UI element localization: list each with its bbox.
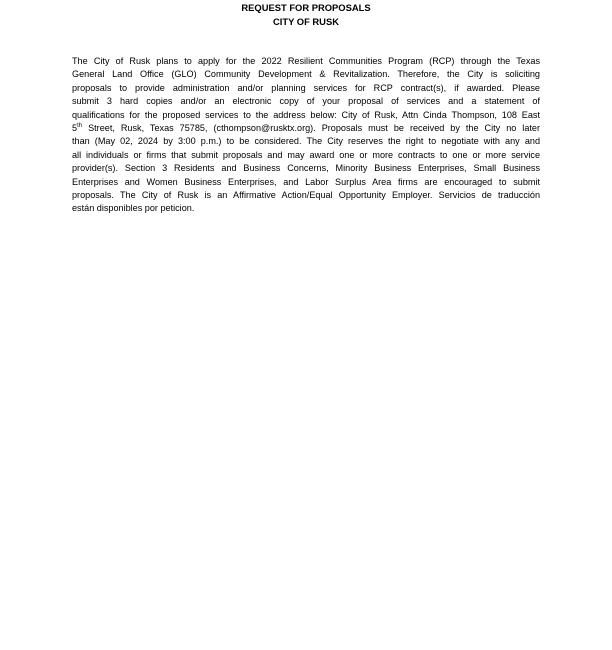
title-request-for-proposals: REQUEST FOR PROPOSALS bbox=[0, 1, 612, 15]
title-city-of-rusk: CITY OF RUSK bbox=[0, 15, 612, 29]
paragraph-line: all individuals or firms that submit pro… bbox=[72, 149, 540, 162]
ordinal-suffix: th bbox=[77, 123, 82, 129]
paragraph-line: están disponibles por peticion. bbox=[72, 202, 540, 215]
document-header: REQUEST FOR PROPOSALS CITY OF RUSK bbox=[0, 1, 612, 28]
paragraph-line: Enterprises and Women Business Enterpris… bbox=[72, 176, 540, 189]
paragraph-line: The City of Rusk plans to apply for the … bbox=[72, 55, 540, 68]
paragraph-line: proposals to provide administration and/… bbox=[72, 82, 540, 95]
paragraph-line: submit 3 hard copies and/or an electroni… bbox=[72, 95, 540, 108]
paragraph-line: qualifications for the proposed services… bbox=[72, 109, 540, 122]
paragraph-line: than (May 02, 2024 by 3:00 p.m.) to be c… bbox=[72, 135, 540, 148]
paragraph-line: General Land Office (GLO) Community Deve… bbox=[72, 68, 540, 81]
paragraph-line: provider(s). Section 3 Residents and Bus… bbox=[72, 162, 540, 175]
paragraph-line: proposals. The City of Rusk is an Affirm… bbox=[72, 189, 540, 202]
paragraph-line-address: 5th Street, Rusk, Texas 75785, (cthompso… bbox=[72, 122, 540, 135]
rfp-paragraph: The City of Rusk plans to apply for the … bbox=[72, 55, 540, 216]
address-text: Street, Rusk, Texas 75785, (cthompson@ru… bbox=[88, 123, 540, 133]
